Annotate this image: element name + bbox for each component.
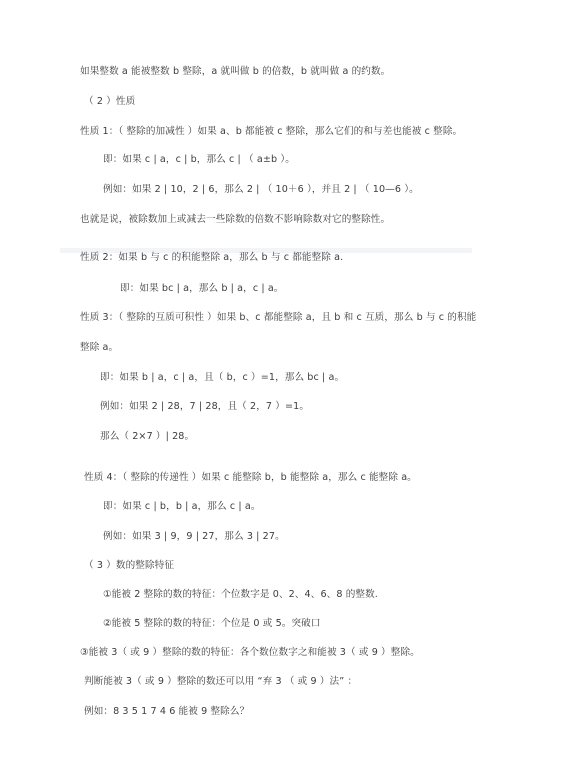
property-4-formula: 即：如果 c | b，b | a，那么 c | a。: [103, 500, 261, 514]
property-3-example-result: 那么（ 2×7 ）| 28。: [100, 430, 194, 444]
rule-divisible-by-5: ②能被 5 整除的数的特征：个位是 0 或 5。突破口: [103, 617, 321, 631]
casting-out-example: 例如：8 3 5 1 7 4 6 能被 9 整除么？: [84, 705, 249, 719]
document-page: 如果整数 a 能被整数 b 整除，a 就叫做 b 的倍数，b 就叫做 a 的约数…: [0, 0, 561, 769]
definition-multiple-divisor: 如果整数 a 能被整数 b 整除，a 就叫做 b 的倍数，b 就叫做 a 的约数…: [80, 65, 390, 79]
section-heading-divisibility-rules: （ 3 ）数的整除特征: [84, 559, 174, 573]
property-3-statement: 性质 3：（ 整除的互质可积性 ）如果 b、c 都能整除 a，且 b 和 c 互…: [80, 311, 476, 325]
section-heading-properties: （ 2 ）性质: [84, 95, 135, 109]
property-1-statement: 性质 1：（ 整除的加减性 ）如果 a、b 都能被 c 整除，那么它们的和与差也…: [80, 125, 462, 139]
property-4-statement: 性质 4：（ 整除的传递性 ）如果 c 能整除 b，b 能整除 a，那么 c 能…: [84, 471, 417, 485]
rule-divisible-by-2: ①能被 2 整除的数的特征：个位数字是 0、2、4、6、8 的整数.: [103, 588, 378, 602]
property-3-statement-cont: 整除 a。: [80, 341, 118, 355]
property-2-formula: 即：如果 bc | a，那么 b | a，c | a。: [120, 282, 284, 296]
property-1-explanation: 也就是说，被除数加上或减去一些除数的倍数不影响除数对它的整除性。: [80, 213, 390, 227]
property-2-statement: 性质 2：如果 b 与 c 的积能整除 a，那么 b 与 c 都能整除 a.: [80, 251, 343, 265]
property-1-example: 例如：如果 2 | 10，2 | 6，那么 2 | （ 10＋6 ），并且 2 …: [103, 183, 419, 197]
rule-divisible-by-3-or-9: ③能被 3（ 或 9 ）整除的数的特征：各个数位数字之和能被 3（ 或 9 ）整…: [80, 646, 420, 660]
casting-out-method-note: 判断能被 3（ 或 9 ）整除的数还可以用 “弃 3 （ 或 9 ）法” ：: [84, 675, 357, 689]
property-1-formula: 即：如果 c | a，c | b，那么 c | （ a±b ）。: [103, 153, 295, 167]
property-3-formula: 即：如果 b | a，c | a，且（ b，c ）=1，那么 bc | a。: [100, 371, 344, 385]
property-3-example: 例如：如果 2 | 28，7 | 28，且（ 2，7 ）=1。: [100, 400, 309, 414]
property-4-example: 例如：如果 3 | 9，9 | 27，那么 3 | 27。: [103, 530, 285, 544]
